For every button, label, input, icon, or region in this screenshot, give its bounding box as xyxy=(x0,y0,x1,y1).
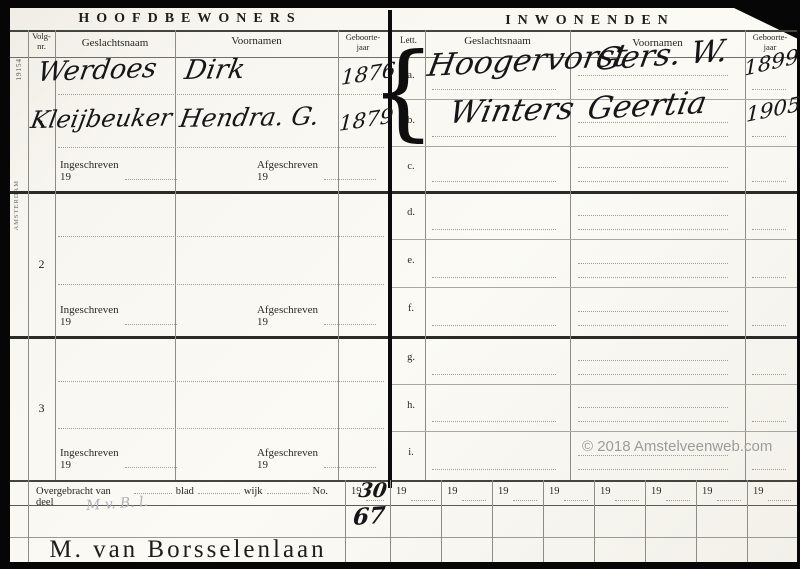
year-cell: 19 xyxy=(492,480,543,505)
header-voornamen: Voornamen xyxy=(175,35,338,47)
hw-right-voornamen-b: Geertia xyxy=(585,85,710,127)
dotted-leader xyxy=(198,493,240,494)
printer-mark: AMSTERDAM xyxy=(13,180,20,231)
dotted-leader xyxy=(564,486,589,501)
inwonenden-row-c: c. xyxy=(392,147,797,191)
row-letter: i. xyxy=(400,447,422,458)
inwonenden-row-f: f. xyxy=(392,288,797,335)
inwonenden-row-g: g. xyxy=(392,337,797,385)
ingeschreven-label: Ingeschreven 19 xyxy=(60,447,122,471)
voornamen-cell xyxy=(576,288,732,335)
year-label: 19 xyxy=(396,486,407,505)
hoofdbewoners-block-2: 2 Ingeschreven 19 Afgeschreven 19 xyxy=(28,192,388,336)
geboortejaar-cell xyxy=(750,288,790,335)
hw-number-value: 67 xyxy=(352,502,386,531)
geslachtsnaam-cell xyxy=(430,147,560,191)
year-label: 19 xyxy=(600,486,611,505)
year-cell: 19 xyxy=(543,480,594,505)
writing-line xyxy=(58,284,384,285)
row-letter: e. xyxy=(400,255,422,266)
year-cell: 19 xyxy=(645,480,696,505)
geslachtsnaam-cell xyxy=(430,385,560,431)
row-letter: h. xyxy=(400,400,422,411)
voornamen-cell xyxy=(576,192,732,239)
geslachtsnaam-cell xyxy=(430,240,560,287)
dotted-leader xyxy=(125,304,177,325)
geboortejaar-cell xyxy=(750,240,790,287)
dotted-leader xyxy=(411,486,436,501)
year-cell: 19 xyxy=(594,480,645,505)
hoofdbewoners-block-3: 3 Ingeschreven 19 Afgeschreven 19 xyxy=(28,337,388,479)
header-right-geboortejaar-line1: Geboorte- xyxy=(753,32,787,42)
dotted-leader xyxy=(615,486,640,501)
right-table-title: INWONENDEN xyxy=(425,13,755,29)
hw-brace: { xyxy=(370,44,436,140)
geboortejaar-cell xyxy=(750,147,790,191)
overgebracht-line: Overgebracht van deel blad wijk No. xyxy=(36,486,336,508)
ingeschreven-label: Ingeschreven 19 xyxy=(60,159,122,183)
year-label: 19 xyxy=(549,486,560,505)
scanned-register-page: 19154 AMSTERDAM HOOFDBEWONERS INWONENDEN… xyxy=(0,0,800,569)
volgnr-2: 2 xyxy=(28,192,55,336)
hw-voornamen-1: Dirk xyxy=(182,54,247,86)
inwonenden-row-d: d. xyxy=(392,192,797,240)
dotted-leader xyxy=(666,486,691,501)
hw-geslachtsnaam-1: Werdoes xyxy=(36,53,159,88)
dotted-leader xyxy=(768,486,792,501)
left-table-title: HOOFDBEWONERS xyxy=(20,11,360,27)
registration-line-3: Ingeschreven 19 Afgeschreven 19 xyxy=(60,447,384,471)
year-label: 19 xyxy=(498,486,509,505)
row-letter: f. xyxy=(400,303,422,314)
voornamen-cell xyxy=(576,337,732,384)
geslachtsnaam-cell xyxy=(430,337,560,384)
year-label: 19 xyxy=(702,486,713,505)
dotted-leader xyxy=(462,486,487,501)
writing-line xyxy=(58,381,384,382)
row-letter: g. xyxy=(400,352,422,363)
dotted-leader xyxy=(125,159,177,180)
no-label: No. xyxy=(313,486,328,497)
header-geslachtsnaam: Geslachtsnaam xyxy=(55,37,175,49)
row-letter: c. xyxy=(400,161,422,172)
dotted-leader xyxy=(324,447,376,468)
geboortejaar-cell xyxy=(750,192,790,239)
hw-right-geslachtsnaam-b: Winters xyxy=(446,91,577,131)
year-cell: 19 xyxy=(390,480,441,505)
dotted-leader xyxy=(324,304,376,325)
dotted-leader xyxy=(717,486,742,501)
geboortejaar-cell xyxy=(750,337,790,384)
volgnr-3: 3 xyxy=(28,337,55,479)
ingeschreven-label: Ingeschreven 19 xyxy=(60,304,122,328)
geboortejaar-cell xyxy=(750,385,790,431)
street-name: M. van Borsselenlaan xyxy=(32,536,344,564)
inwonenden-row-e: e. xyxy=(392,240,797,288)
blad-label: blad xyxy=(176,486,194,497)
year-label: 19 xyxy=(753,486,764,505)
dotted-leader xyxy=(125,447,177,468)
writing-line xyxy=(58,428,384,429)
registration-line-1: Ingeschreven 19 Afgeschreven 19 xyxy=(60,159,384,183)
header-geboortejaar-line2: jaar xyxy=(357,42,370,52)
afgeschreven-label: Afgeschreven 19 xyxy=(257,447,321,471)
writing-line xyxy=(58,147,384,148)
writing-line xyxy=(58,236,384,237)
inwonenden-row-h: h. xyxy=(392,385,797,432)
writing-line xyxy=(58,94,384,95)
hw-year-value: 30 xyxy=(357,478,388,502)
geslachtsnaam-cell xyxy=(430,432,560,479)
afgeschreven-label: Afgeschreven 19 xyxy=(257,304,321,328)
header-volgnr-line1: Volg- xyxy=(32,31,51,41)
dotted-leader xyxy=(324,159,376,180)
voornamen-cell xyxy=(576,385,732,431)
dotted-leader xyxy=(267,493,309,494)
voornamen-cell xyxy=(576,147,732,191)
hw-voornamen-2: Hendra. G. xyxy=(177,102,321,133)
year-cell: 19 xyxy=(747,480,797,505)
year-cell: 19 xyxy=(441,480,492,505)
header-volgnr: Volg- nr. xyxy=(28,32,55,52)
year-label: 19 xyxy=(447,486,458,505)
afgeschreven-label: Afgeschreven 19 xyxy=(257,159,321,183)
year-label: 19 xyxy=(651,486,662,505)
header-volgnr-line2: nr. xyxy=(37,41,46,51)
margin-code: 19154 xyxy=(15,58,23,81)
year-cell: 19 xyxy=(696,480,747,505)
dotted-leader xyxy=(513,486,538,501)
row-letter: d. xyxy=(400,207,422,218)
wijk-label: wijk xyxy=(244,486,263,497)
watermark: © 2018 Amstelveenweb.com xyxy=(582,438,772,455)
geslachtsnaam-cell xyxy=(430,288,560,335)
hw-geslachtsnaam-2: Kleijbeuker xyxy=(29,104,175,134)
registration-line-2: Ingeschreven 19 Afgeschreven 19 xyxy=(60,304,384,328)
geslachtsnaam-cell xyxy=(430,192,560,239)
voornamen-cell xyxy=(576,240,732,287)
